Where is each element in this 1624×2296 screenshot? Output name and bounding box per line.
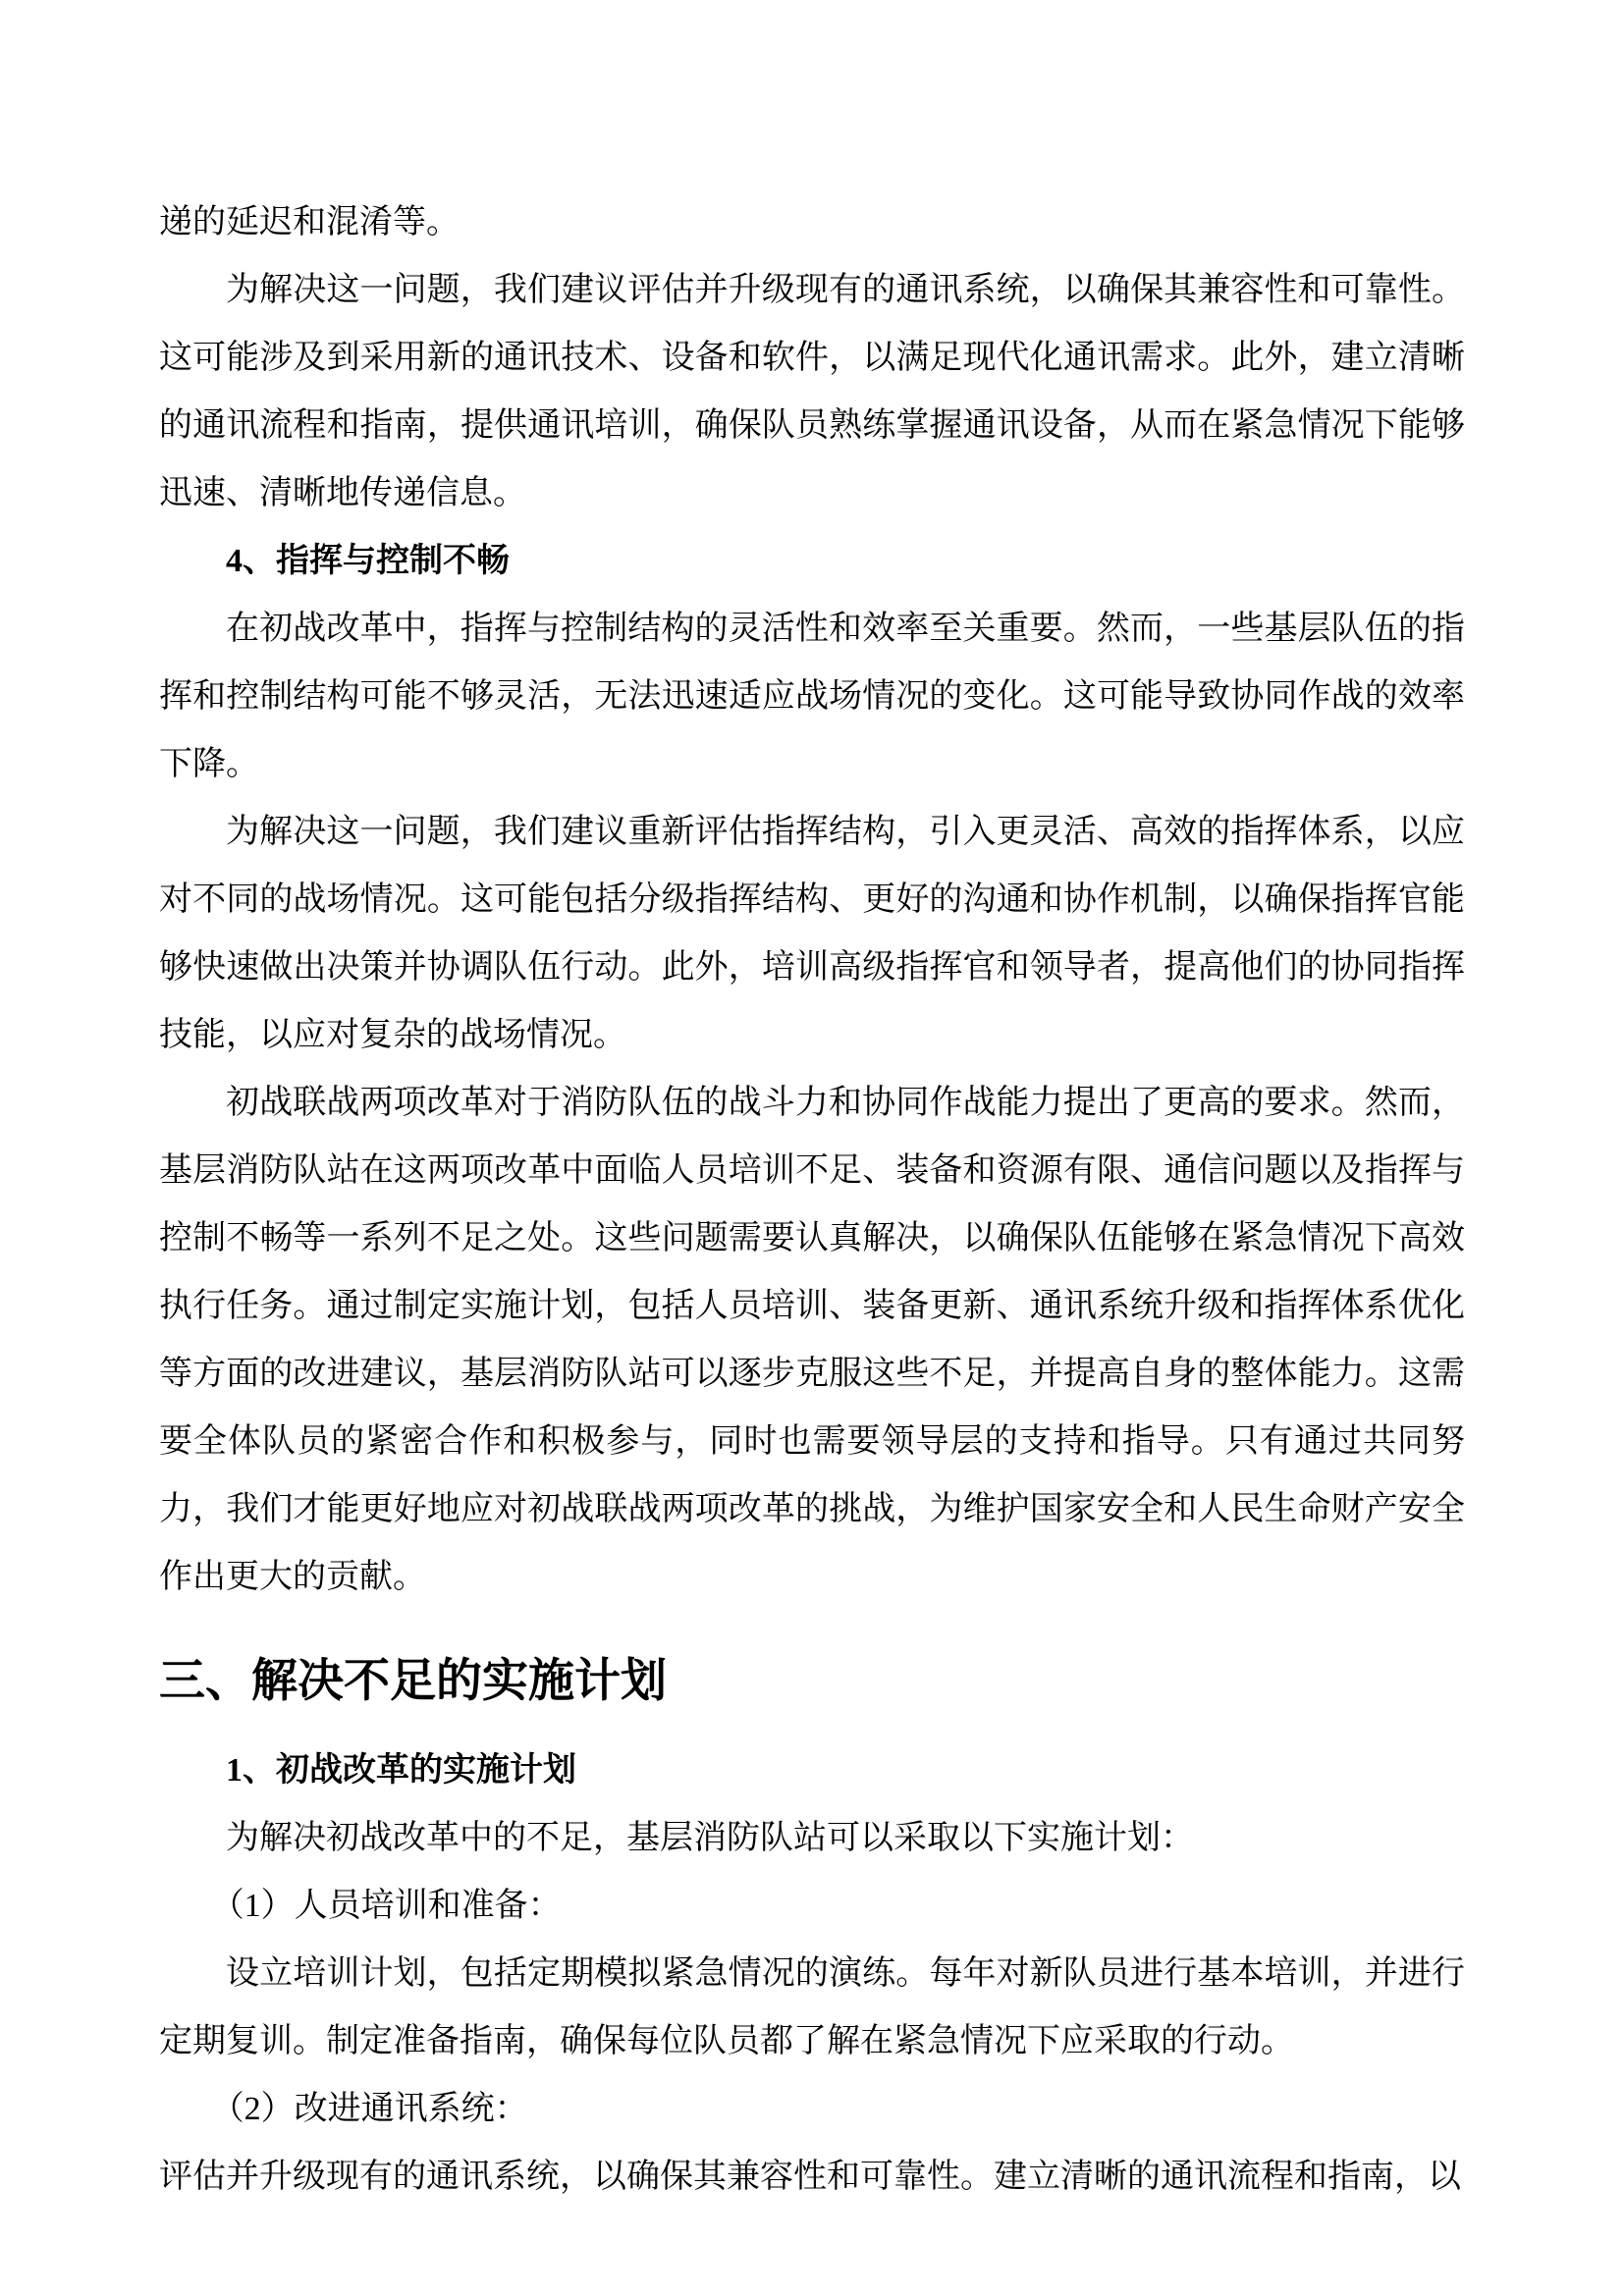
section-heading-implementation-plan: 三、解决不足的实施计划 — [159, 1646, 1465, 1715]
subsection-heading-initial-battle-plan: 1、初战改革的实施计划 — [159, 1736, 1465, 1804]
paragraph: 为解决这一问题，我们建议评估并升级现有的通讯系统，以确保其兼容性和可靠性。这可能… — [159, 256, 1465, 527]
paragraph-continuation: 评估并升级现有的通讯系统，以确保其兼容性和可靠性。建立清晰的通讯流程和指南，以 — [159, 2143, 1465, 2211]
list-item-heading-1: （1）人员培训和准备： — [159, 1872, 1465, 1940]
list-item-heading-2: （2）改进通讯系统： — [159, 2075, 1465, 2143]
paragraph: 初战联战两项改革对于消防队伍的战斗力和协同作战能力提出了更高的要求。然而，基层消… — [159, 1069, 1465, 1611]
document-content: 递的延迟和混淆等。 为解决这一问题，我们建议评估并升级现有的通讯系统，以确保其兼… — [159, 188, 1465, 2211]
paragraph: 设立培训计划，包括定期模拟紧急情况的演练。每年对新队员进行基本培训，并进行定期复… — [159, 1940, 1465, 2075]
subsection-heading-command-control: 4、指挥与控制不畅 — [159, 527, 1465, 595]
paragraph: 为解决这一问题，我们建议重新评估指挥结构，引入更灵活、高效的指挥体系，以应对不同… — [159, 798, 1465, 1069]
paragraph: 在初战改革中，指挥与控制结构的灵活性和效率至关重要。然而，一些基层队伍的指挥和控… — [159, 595, 1465, 798]
document-page: 递的延迟和混淆等。 为解决这一问题，我们建议评估并升级现有的通讯系统，以确保其兼… — [0, 0, 1624, 2296]
paragraph-continuation: 递的延迟和混淆等。 — [159, 188, 1465, 256]
paragraph: 为解决初战改革中的不足，基层消防队站可以采取以下实施计划： — [159, 1804, 1465, 1872]
